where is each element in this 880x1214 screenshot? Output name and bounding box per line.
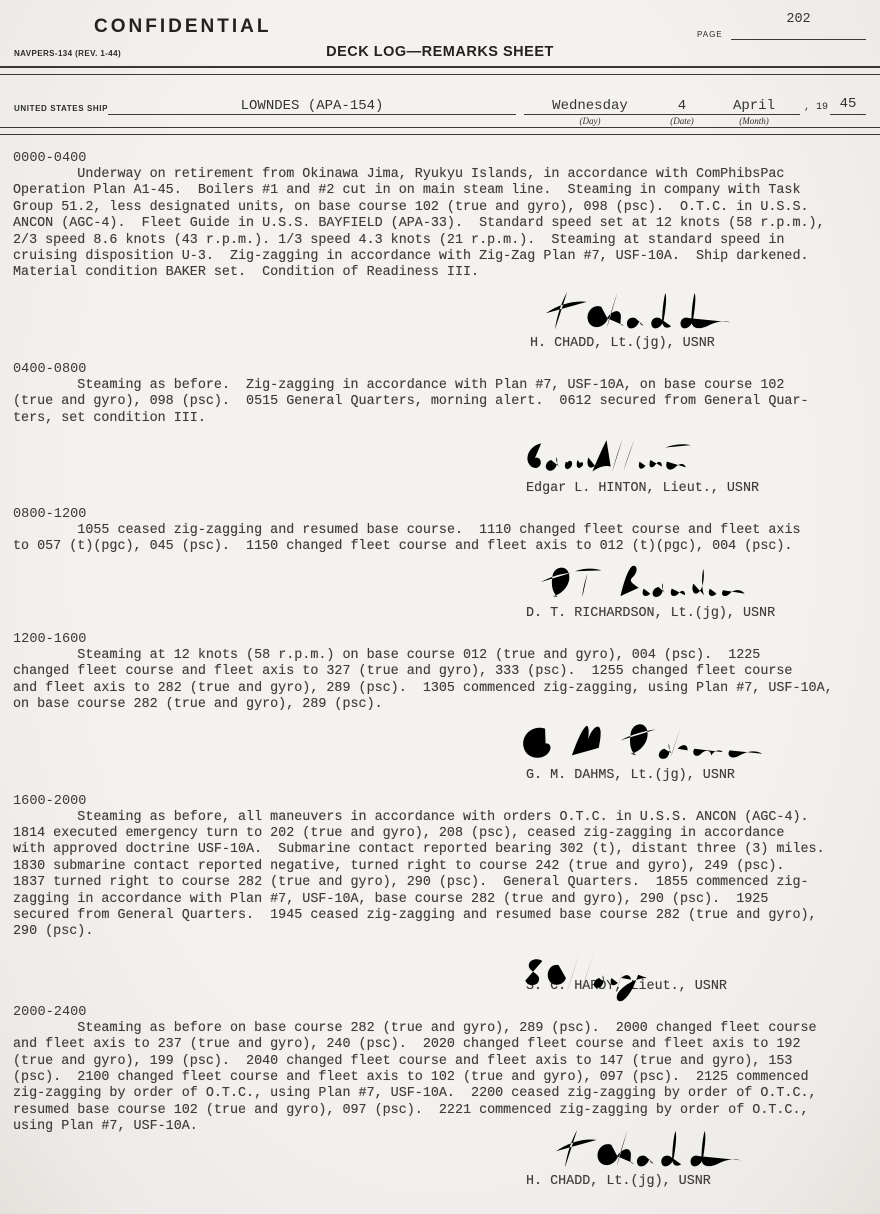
log-entry: 0800-1200 1055 ceased zig-zagging and re… xyxy=(13,506,868,622)
log-entry: 0400-0800 Steaming as before. Zig-zaggin… xyxy=(13,361,868,497)
signature-block: H. CHADD, Lt.(jg), USNR xyxy=(13,1122,868,1190)
signature-script-dahms xyxy=(493,716,785,768)
signature-typed-name: Edgar L. HINTON, Lieut., USNR xyxy=(526,481,868,497)
day-field: Wednesday (Day) xyxy=(524,99,656,115)
time-range-heading: 1200-1600 xyxy=(13,631,868,648)
month-value: April xyxy=(727,99,781,114)
sheet-title: DECK LOG—REMARKS SHEET xyxy=(0,44,880,60)
signature-script-hardy xyxy=(518,943,656,1005)
signature-block: S. C. HARDY, Lieut., USNR xyxy=(13,943,868,995)
time-range-heading: 0800-1200 xyxy=(13,506,868,523)
date-field: 4 (Date) xyxy=(656,99,708,115)
log-entry: 1600-2000 Steaming as before, all maneuv… xyxy=(13,793,868,995)
ship-date-row: UNITED STATES SHIP LOWNDES (APA-154) Wed… xyxy=(0,75,880,115)
ship-name: LOWNDES (APA-154) xyxy=(235,99,390,114)
ship-label: UNITED STATES SHIP xyxy=(14,104,108,115)
log-entry-text: Steaming as before, all maneuvers in acc… xyxy=(13,810,868,941)
day-value: Wednesday xyxy=(546,99,634,114)
time-range-heading: 2000-2400 xyxy=(13,1004,868,1021)
year-prefix: , 19 xyxy=(800,102,830,115)
classification-stamp: CONFIDENTIAL xyxy=(94,16,271,38)
log-entries: 0000-0400 Underway on retirement from Ok… xyxy=(0,135,880,1190)
time-range-heading: 1600-2000 xyxy=(13,793,868,810)
month-field: April (Month) xyxy=(708,99,800,115)
log-entry-text: Steaming as before. Zig-zagging in accor… xyxy=(13,378,868,427)
signature-block: H. CHADD, Lt.(jg), USNR xyxy=(13,284,868,352)
ship-double-rule xyxy=(0,127,880,135)
signature-typed-name: D. T. RICHARDSON, Lt.(jg), USNR xyxy=(526,606,868,622)
signature-typed-name: H. CHADD, Lt.(jg), USNR xyxy=(526,1174,868,1190)
page-number-underline: PAGE xyxy=(731,27,866,40)
signature-script-hinton xyxy=(518,429,700,481)
signature-script-chadd xyxy=(528,1122,766,1174)
log-entry-text: 1055 ceased zig-zagging and resumed base… xyxy=(13,523,868,556)
ship-name-field: LOWNDES (APA-154) xyxy=(108,99,516,115)
date-value: 4 xyxy=(672,99,692,114)
log-entry-text: Steaming at 12 knots (58 r.p.m.) on base… xyxy=(13,648,868,714)
signature-script-chadd xyxy=(518,284,756,336)
header-top: CONFIDENTIAL 202 PAGE xyxy=(0,0,880,44)
log-entry: 1200-1600 Steaming at 12 knots (58 r.p.m… xyxy=(13,631,868,784)
signature-script-richardson xyxy=(518,558,766,606)
time-range-heading: 0000-0400 xyxy=(13,150,868,167)
signature-typed-name: H. CHADD, Lt.(jg), USNR xyxy=(530,336,868,352)
signature-block: G. M. DAHMS, Lt.(jg), USNR xyxy=(13,716,868,784)
time-range-heading: 0400-0800 xyxy=(13,361,868,378)
deck-log-page: CONFIDENTIAL 202 PAGE NAVPERS-134 (REV. … xyxy=(0,0,880,1214)
log-entry-text: Underway on retirement from Okinawa Jima… xyxy=(13,167,868,282)
signature-block: Edgar L. HINTON, Lieut., USNR xyxy=(13,429,868,497)
log-entry: 2000-2400 Steaming as before on base cou… xyxy=(13,1004,868,1190)
signature-typed-name: G. M. DAHMS, Lt.(jg), USNR xyxy=(526,768,868,784)
year-field: 45 xyxy=(830,99,866,115)
log-entry: 0000-0400 Underway on retirement from Ok… xyxy=(13,150,868,352)
signature-block: D. T. RICHARDSON, Lt.(jg), USNR xyxy=(13,558,868,622)
top-double-rule xyxy=(0,66,880,75)
year-value: 45 xyxy=(834,97,863,112)
log-entry-text: Steaming as before on base course 282 (t… xyxy=(13,1021,868,1136)
date-area: Wednesday (Day) 4 (Date) April (Month) ,… xyxy=(524,99,866,115)
page-number: 202 xyxy=(731,12,866,27)
header-form-row: NAVPERS-134 (REV. 1-44) DECK LOG—REMARKS… xyxy=(0,44,880,64)
page-label: PAGE xyxy=(697,30,723,39)
page-number-field: 202 PAGE xyxy=(731,12,866,40)
